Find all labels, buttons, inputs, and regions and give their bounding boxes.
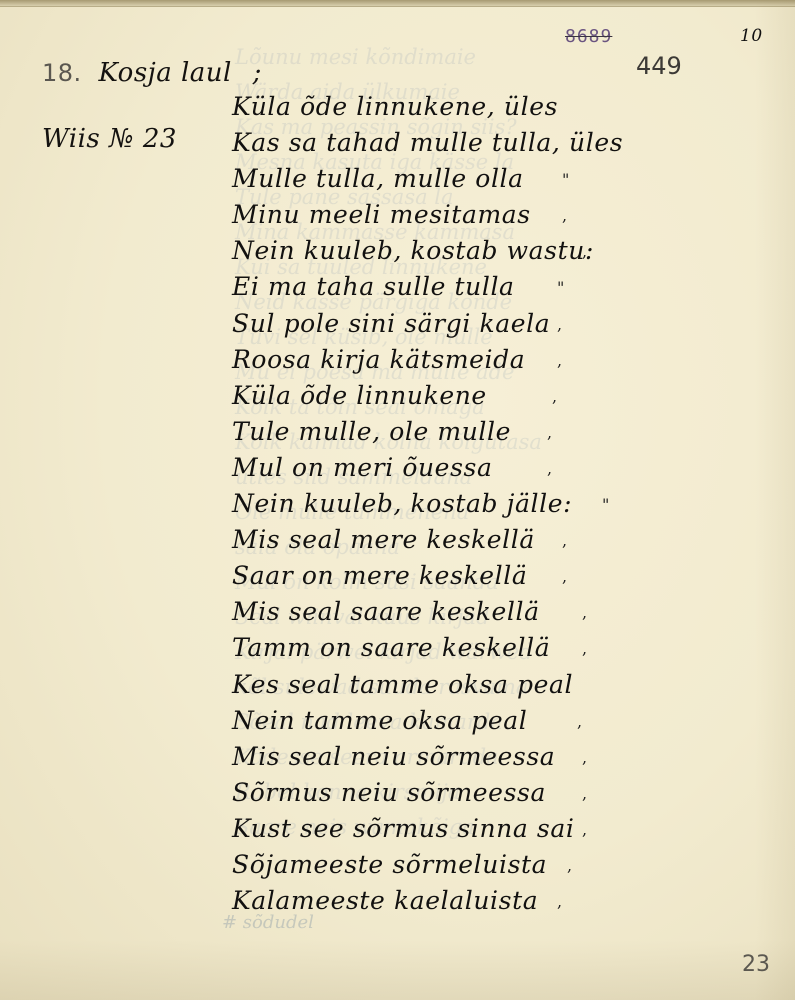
verse-text: Kalameeste kaelaluista bbox=[232, 886, 538, 915]
verse-text: Roosa kirja kätsmeida bbox=[232, 345, 525, 374]
verse-line: Kust see sõrmus sinna sai, bbox=[232, 814, 672, 850]
verse-text: Kust see sõrmus sinna sai bbox=[232, 814, 574, 843]
struck-stamp-number: 8689 bbox=[565, 26, 612, 47]
verse-text: Sul pole sini särgi kaela bbox=[232, 309, 550, 338]
verse-line: Saar on mere keskellä, bbox=[232, 561, 672, 597]
title-mark: ; bbox=[253, 58, 262, 88]
ditto-mark: , bbox=[557, 892, 563, 911]
verse-text: Minu meeli mesitamas bbox=[232, 200, 531, 229]
ditto-mark: , bbox=[567, 856, 573, 875]
verse-text: Tule mulle, ole mulle bbox=[232, 417, 511, 446]
verse-line: Küla õde linnukene, bbox=[232, 381, 672, 417]
verse-text: Nein kuuleb, kostab wastu: bbox=[232, 236, 594, 265]
verse-text: Nein kuuleb, kostab jälle: bbox=[232, 489, 572, 518]
verse-text: Nein tamme oksa peal bbox=[232, 706, 527, 735]
song-title: 18. Kosja laul ; bbox=[42, 58, 262, 88]
verse-text: Sõjameeste sõrmeluista bbox=[232, 850, 547, 879]
paper-top-edge bbox=[0, 0, 795, 7]
verse-text: Mis seal neiu sõrmeessa bbox=[232, 742, 555, 771]
paper-edge-shadow bbox=[755, 0, 795, 1000]
verse-line: Mis seal saare keskellä, bbox=[232, 597, 672, 633]
ditto-mark: , bbox=[552, 387, 558, 406]
verse-line: Sõjameeste sõrmeluista, bbox=[232, 850, 672, 886]
tune-reference: Wiis № 23 bbox=[42, 124, 177, 154]
verse-list: Küla õde linnukene, ülesKas sa tahad mul… bbox=[232, 92, 672, 922]
verse-text: Mis seal mere keskellä bbox=[232, 525, 535, 554]
page-number: 10 bbox=[740, 26, 763, 46]
ditto-mark: , bbox=[582, 748, 588, 767]
song-number: 18. bbox=[42, 59, 82, 87]
ditto-mark: " bbox=[557, 278, 565, 297]
verse-line: Tamm on saare keskellä, bbox=[232, 633, 672, 669]
verse-line: Küla õde linnukene, üles bbox=[232, 92, 672, 128]
ditto-mark: , bbox=[562, 206, 568, 225]
verse-line: Mulle tulla, mulle olla" bbox=[232, 164, 672, 200]
verse-line: Sul pole sini särgi kaela, bbox=[232, 309, 672, 345]
ditto-mark: , bbox=[582, 639, 588, 658]
verse-line: Mis seal mere keskellä, bbox=[232, 525, 672, 561]
ditto-mark: , bbox=[582, 242, 588, 261]
verse-line: Tule mulle, ole mulle, bbox=[232, 417, 672, 453]
ditto-mark: , bbox=[582, 603, 588, 622]
ditto-mark: , bbox=[547, 423, 553, 442]
ditto-mark: , bbox=[562, 531, 568, 550]
verse-line: Nein tamme oksa peal, bbox=[232, 706, 672, 742]
verse-line: Ei ma taha sulle tulla" bbox=[232, 272, 672, 308]
ditto-mark: " bbox=[562, 170, 570, 189]
ditto-mark: " bbox=[602, 495, 610, 514]
song-title-text: Kosja laul bbox=[98, 58, 231, 88]
ditto-mark: , bbox=[557, 315, 563, 334]
verse-text: Mis seal saare keskellä bbox=[232, 597, 540, 626]
verse-text: Tamm on saare keskellä bbox=[232, 633, 550, 662]
verse-text: Küla õde linnukene bbox=[232, 381, 487, 410]
ditto-mark: , bbox=[562, 567, 568, 586]
verse-line: Mis seal neiu sõrmeessa, bbox=[232, 742, 672, 778]
verse-text: Kas sa tahad mulle tulla, üles bbox=[232, 128, 623, 157]
manuscript-page: Lõunu mesi kõndimaieWärda aida ülkumaieK… bbox=[0, 0, 795, 1000]
bleed-through-line: Lõunu mesi kõndimaie bbox=[235, 40, 695, 75]
verse-line: Kalameeste kaelaluista, bbox=[232, 886, 672, 922]
verse-line: Kas sa tahad mulle tulla, üles bbox=[232, 128, 672, 164]
verse-text: Mulle tulla, mulle olla bbox=[232, 164, 524, 193]
ditto-mark: , bbox=[582, 820, 588, 839]
ditto-mark: , bbox=[577, 712, 583, 731]
verse-text: Ei ma taha sulle tulla bbox=[232, 272, 515, 301]
verse-line: Minu meeli mesitamas, bbox=[232, 200, 672, 236]
verse-line: Mul on meri õuessa, bbox=[232, 453, 672, 489]
verse-line: Nein kuuleb, kostab wastu:, bbox=[232, 236, 672, 272]
verse-text: Mul on meri õuessa bbox=[232, 453, 492, 482]
ditto-mark: , bbox=[582, 784, 588, 803]
verse-line: Sõrmus neiu sõrmeessa, bbox=[232, 778, 672, 814]
verse-line: Nein kuuleb, kostab jälle:" bbox=[232, 489, 672, 525]
paper-bottom-shadow bbox=[0, 940, 795, 1000]
verse-line: Roosa kirja kätsmeida, bbox=[232, 345, 672, 381]
verse-line: Kes seal tamme oksa peal bbox=[232, 670, 672, 706]
ditto-mark: , bbox=[557, 351, 563, 370]
verse-text: Saar on mere keskellä bbox=[232, 561, 527, 590]
sheet-number: 23 bbox=[742, 952, 770, 977]
ditto-mark: , bbox=[547, 459, 553, 478]
verse-text: Kes seal tamme oksa peal bbox=[232, 670, 573, 699]
archive-number: 449 bbox=[636, 52, 682, 80]
verse-text: Küla õde linnukene, üles bbox=[232, 92, 558, 121]
verse-text: Sõrmus neiu sõrmeessa bbox=[232, 778, 546, 807]
